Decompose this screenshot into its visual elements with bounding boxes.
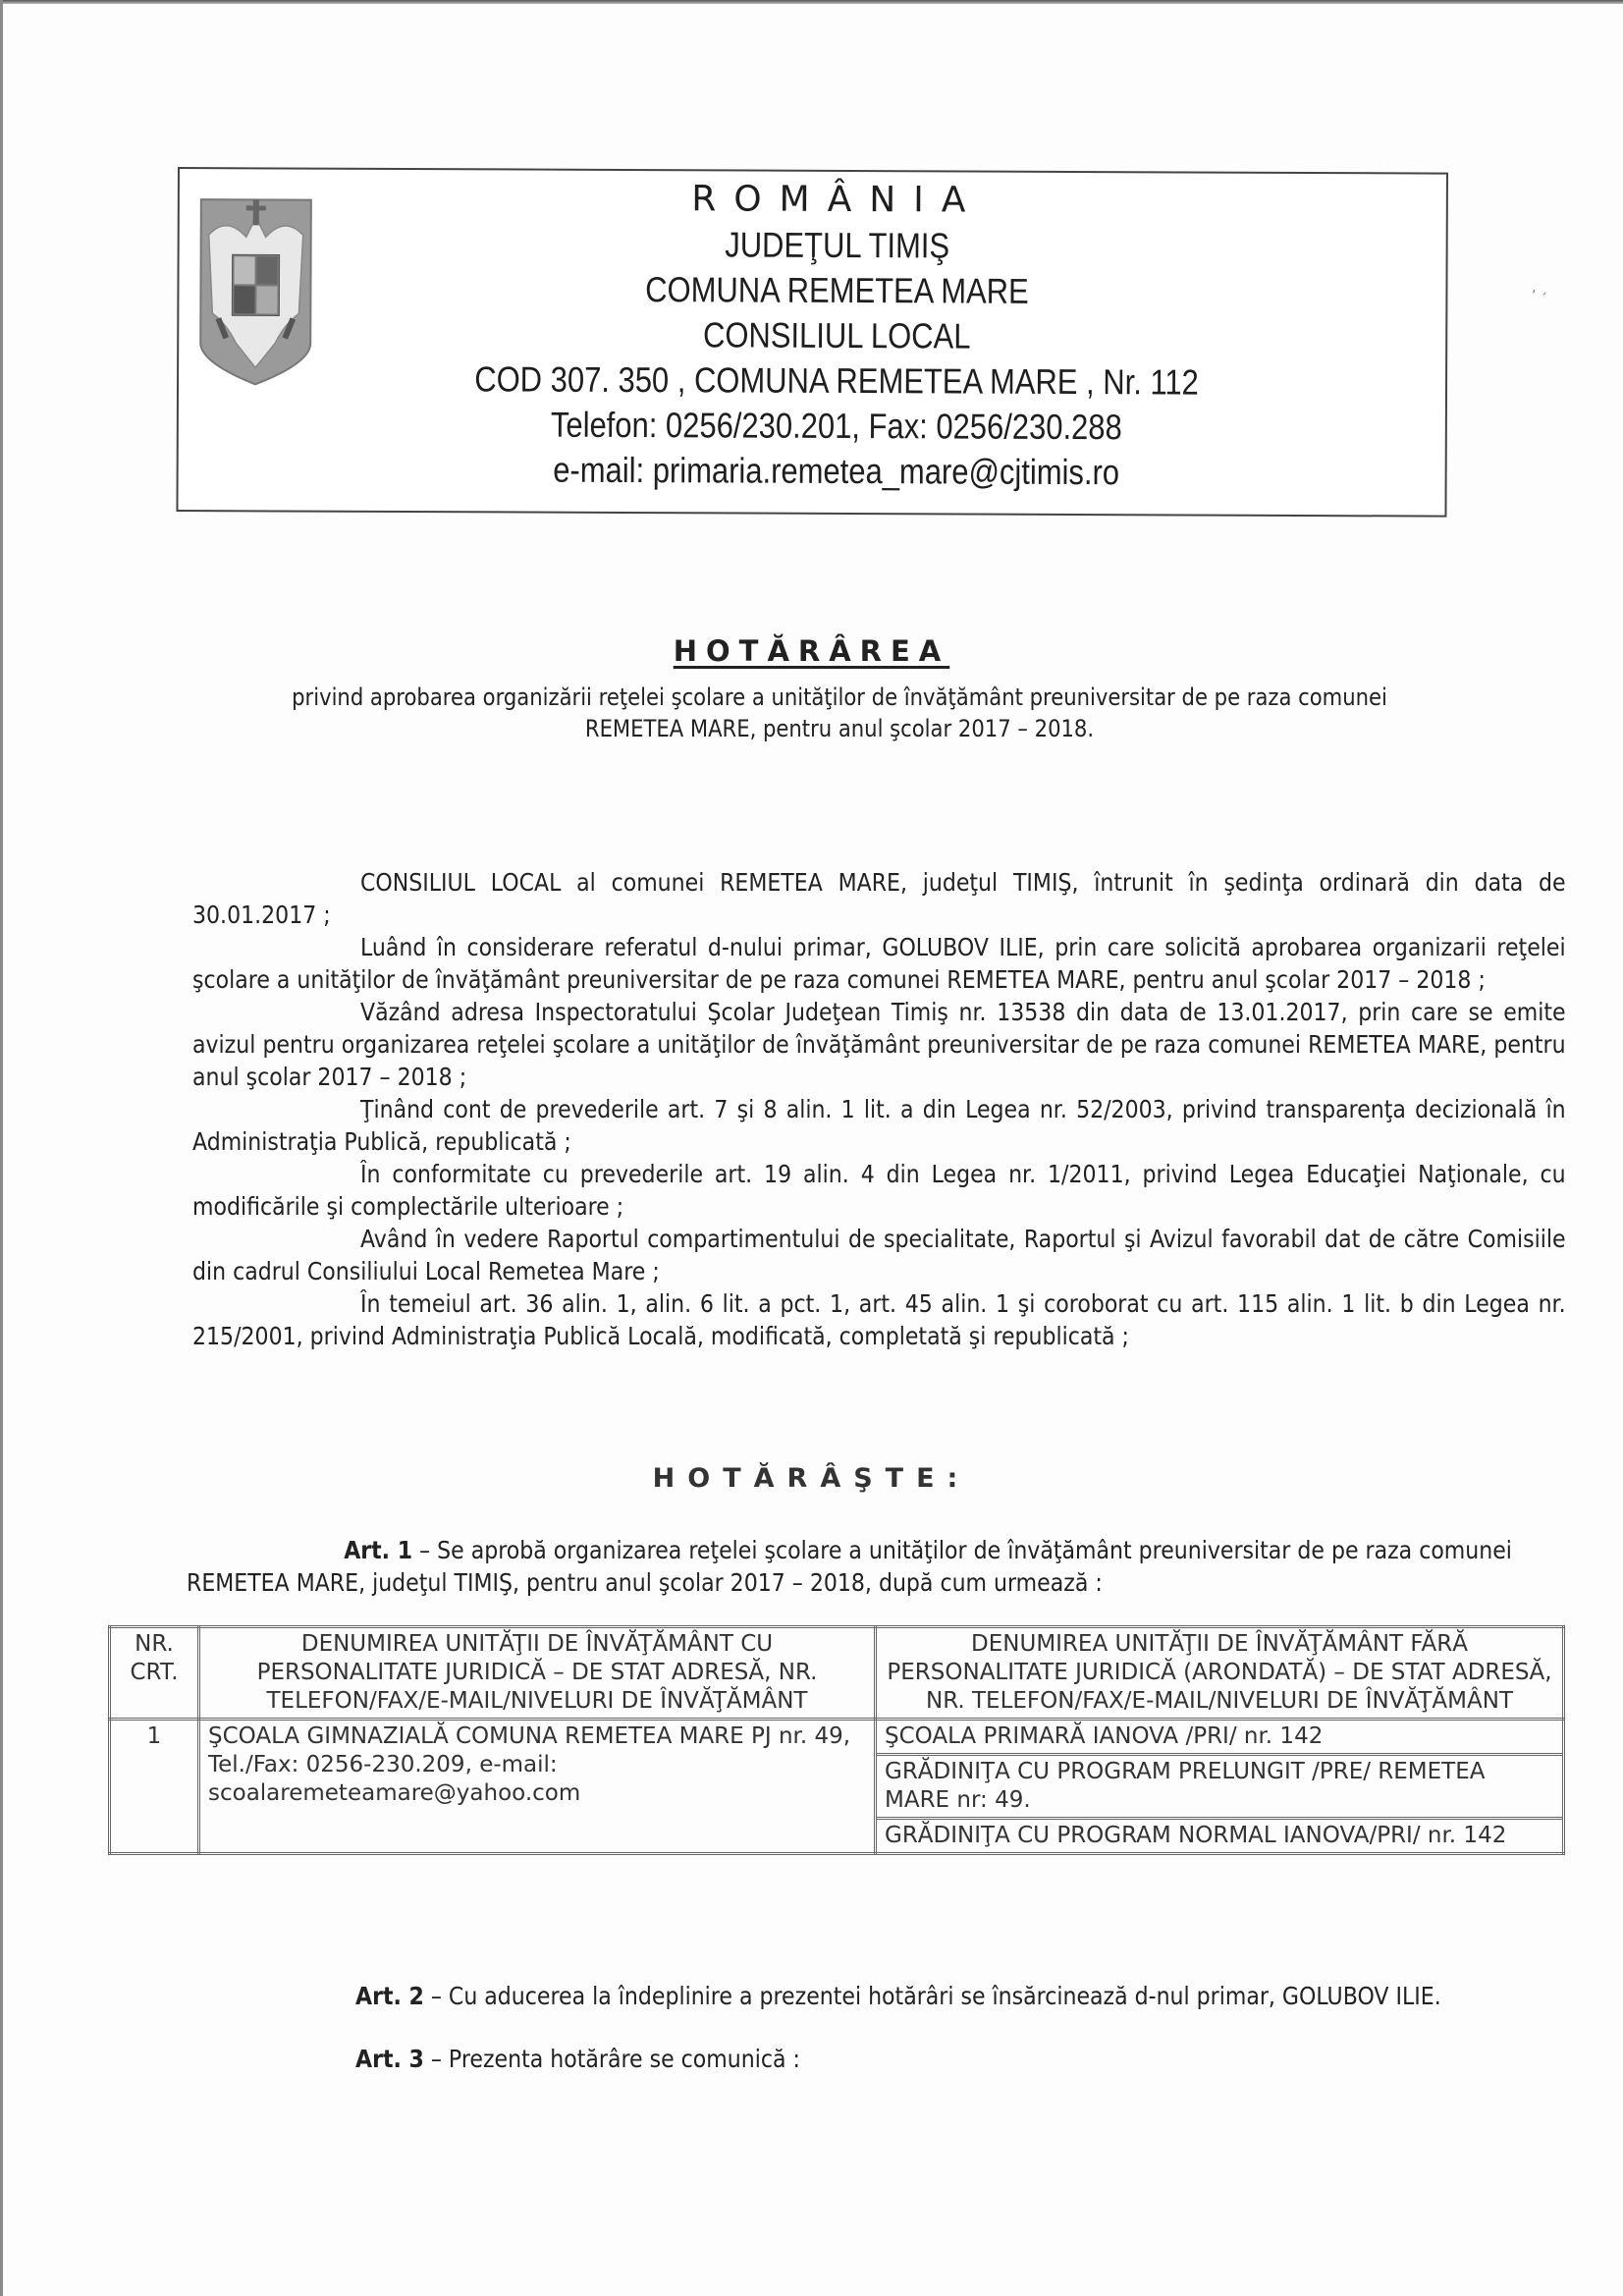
preamble: CONSILIUL LOCAL al comunei REMETEA MARE,…: [192, 866, 1567, 1352]
preamble-paragraph: Având în vedere Raportul compartimentulu…: [192, 1223, 1566, 1287]
romania-coat-of-arms-icon: [196, 195, 315, 388]
article-text: – Cu aducerea la îndeplinire a prezentei…: [424, 1982, 1441, 2010]
preamble-paragraph: În temeiul art. 36 alin. 1, alin. 6 lit.…: [192, 1287, 1566, 1352]
preamble-paragraph: Văzând adresa Inspectoratului Şcolar Jud…: [192, 996, 1566, 1093]
article-2: Art. 2 – Cu aducerea la îndeplinire a pr…: [355, 1980, 1441, 2012]
commune-name: COMUNA REMETEA MARE: [381, 266, 1293, 315]
preamble-paragraph: CONSILIUL LOCAL al comunei REMETEA MARE,…: [192, 866, 1566, 931]
article-label: Art. 1: [344, 1536, 412, 1564]
article-label: Art. 2: [355, 1982, 424, 2010]
scan-specks: ‚ ˏ: [1532, 280, 1547, 296]
article-text: – Prezenta hotărâre se comunică :: [424, 2045, 800, 2073]
preamble-paragraph: Luând în considerare referatul d-nului p…: [192, 931, 1566, 996]
arondate-unit: GRĂDINIŢA CU PROGRAM PRELUNGIT /PRE/ REM…: [877, 1755, 1562, 1819]
email-address: e-mail: primaria.remetea_mare@cjtimis.ro: [380, 447, 1292, 496]
unit-pj-cell: ŞCOALA GIMNAZIALĂ COMUNA REMETEA MARE PJ…: [199, 1720, 876, 1854]
letterhead: ROMÂNIA JUDEŢUL TIMIŞ COMUNA REMETEA MAR…: [176, 167, 1448, 518]
arondate-cell: ŞCOALA PRIMARĂ IANOVA /PRI/ nr. 142 GRĂD…: [876, 1720, 1564, 1854]
arondate-list: ŞCOALA PRIMARĂ IANOVA /PRI/ nr. 142 GRĂD…: [877, 1721, 1562, 1852]
column-header-unit-arondata: DENUMIREA UNITĂŢII DE ÎNVĂŢĂMÂNT FĂRĂ PE…: [876, 1627, 1564, 1720]
phone-fax: Telefon: 0256/230.201, Fax: 0256/230.288: [380, 402, 1292, 451]
table-row: 1 ŞCOALA GIMNAZIALĂ COMUNA REMETEA MARE …: [110, 1720, 1564, 1854]
school-network-table: NR. CRT. DENUMIREA UNITĂŢII DE ÎNVĂŢĂMÂN…: [108, 1625, 1565, 1855]
article-label: Art. 3: [355, 2045, 424, 2073]
postal-address: COD 307. 350 , COMUNA REMETEA MARE , Nr.…: [381, 356, 1293, 406]
council-name: CONSILIUL LOCAL: [381, 311, 1293, 360]
scan-edge: [0, 0, 3, 2296]
subtitle-line: privind aprobarea organizării reţelei şc…: [265, 682, 1414, 713]
document-title: HOTĂRÂREA: [0, 634, 1623, 668]
article-3: Art. 3 – Prezenta hotărâre se comunică :: [355, 2043, 800, 2075]
county-name: JUDEŢUL TIMIŞ: [381, 221, 1293, 270]
arondate-unit: GRĂDINIŢA CU PROGRAM NORMAL IANOVA/PRI/ …: [877, 1819, 1562, 1853]
subtitle-line: REMETEA MARE, pentru anul şcolar 2017 – …: [265, 713, 1414, 744]
column-header-nr: NR. CRT.: [110, 1627, 199, 1720]
document-subtitle: privind aprobarea organizării reţelei şc…: [265, 682, 1414, 744]
row-number: 1: [110, 1720, 199, 1854]
column-header-unit-pj: DENUMIREA UNITĂŢII DE ÎNVĂŢĂMÂNT CU PERS…: [199, 1627, 876, 1720]
decision-heading: HOTĂRÂŞTE:: [0, 1463, 1623, 1494]
article-1: Art. 1 – Se aprobă organizarea reţelei ş…: [187, 1534, 1561, 1599]
country-name: ROMÂNIA: [307, 176, 1368, 226]
preamble-paragraph: În conformitate cu prevederile art. 19 a…: [192, 1158, 1566, 1223]
scan-edge: [0, 0, 1623, 4]
preamble-paragraph: Ţinând cont de prevederile art. 7 şi 8 a…: [192, 1093, 1566, 1158]
arondate-unit: ŞCOALA PRIMARĂ IANOVA /PRI/ nr. 142: [877, 1721, 1562, 1755]
table-header-row: NR. CRT. DENUMIREA UNITĂŢII DE ÎNVĂŢĂMÂN…: [110, 1627, 1564, 1720]
